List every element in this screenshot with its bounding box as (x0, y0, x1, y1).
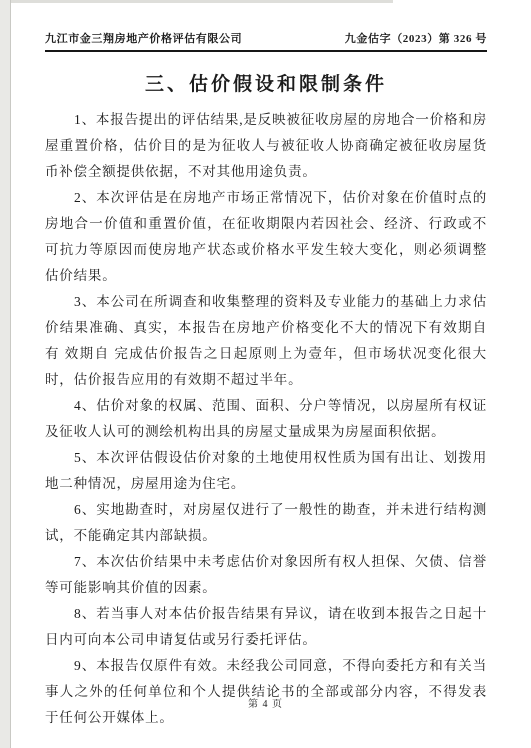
paragraph-5: 5、本次评估假设估价对象的土地使用权性质为国有出让、划拨用地二种情况，房屋用途为… (45, 445, 487, 497)
paragraph-7: 7、本次估价结果中未考虑估价对象因所有权人担保、欠债、信誉等可能影响其价值的因素… (45, 549, 487, 601)
page-header: 九江市金三翔房地产价格评估有限公司 九金估字（2023）第 326 号 (45, 30, 487, 52)
paragraph-1: 1、本报告提出的评估结果,是反映被征收房屋的房地合一价格和房屋重置价格，估价目的… (45, 107, 487, 185)
page-number: 第 4 页 (0, 695, 531, 710)
document-body: 1、本报告提出的评估结果,是反映被征收房屋的房地合一价格和房屋重置价格，估价目的… (45, 107, 487, 731)
paragraph-9: 9、本报告仅原件有效。未经我公司同意，不得向委托方和有关当事人之外的任何单位和个… (45, 653, 487, 731)
paragraph-2: 2、本次评估是在房地产市场正常情况下，估价对象在价值时点的房地合一价值和重置价值… (45, 185, 487, 289)
page-content: 九江市金三翔房地产价格评估有限公司 九金估字（2023）第 326 号 三、估价… (0, 0, 531, 731)
document-page: 九江市金三翔房地产价格评估有限公司 九金估字（2023）第 326 号 三、估价… (0, 0, 531, 748)
section-title: 三、估价假设和限制条件 (45, 69, 487, 96)
paragraph-6: 6、实地勘查时，对房屋仅进行了一般性的勘查，并未进行结构测试，不能确定其内部缺损… (45, 497, 487, 549)
paragraph-3: 3、本公司在所调查和收集整理的资料及专业能力的基础上力求估价结果准确、真实，本报… (45, 289, 487, 393)
header-company-name: 九江市金三翔房地产价格评估有限公司 (45, 30, 242, 46)
paragraph-8: 8、若当事人对本估价报告结果有异议，请在收到本报告之日起十日内可向本公司申请复估… (45, 601, 487, 653)
paragraph-4: 4、估价对象的权属、范围、面积、分户等情况，以房屋所有权证及征收人认可的测绘机构… (45, 393, 487, 445)
header-document-number: 九金估字（2023）第 326 号 (345, 30, 487, 46)
